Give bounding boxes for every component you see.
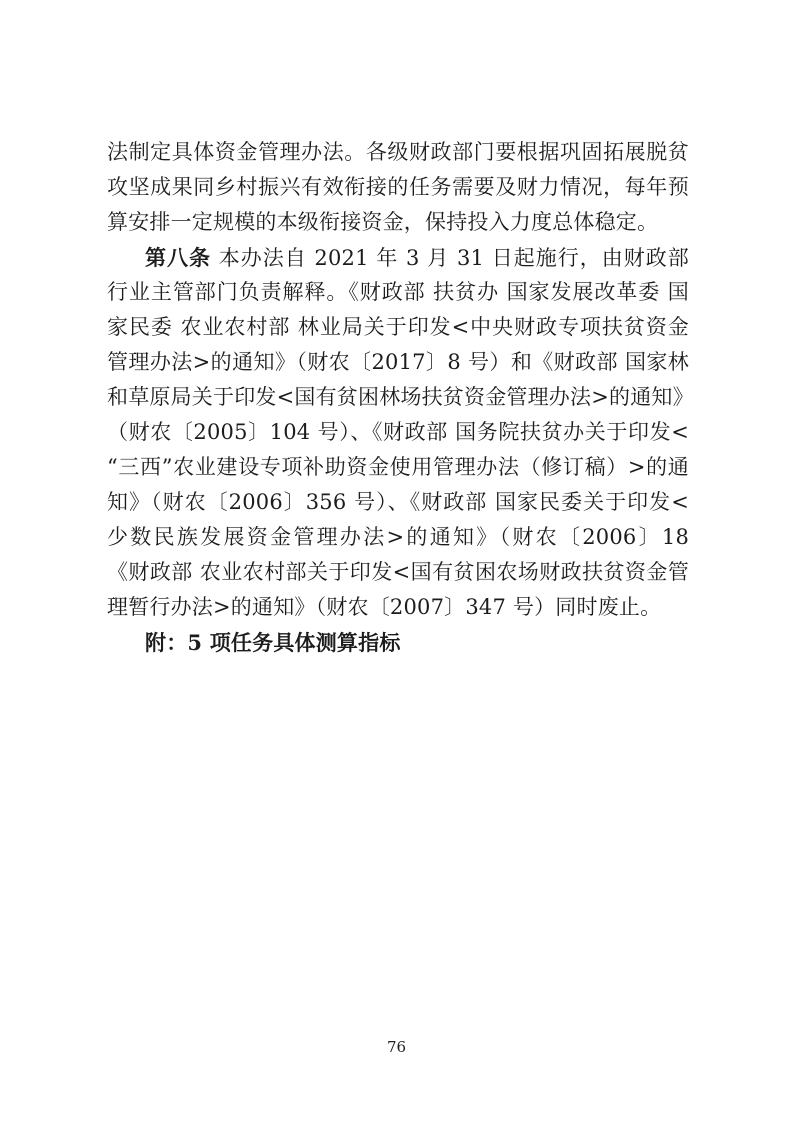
text-segment: “三西”农业建设专项补助资金使用管理办法（修订稿）>的通 bbox=[107, 455, 689, 479]
text-segment: 管理办法>的通知》（财农〔2017〕8 号）和《财政部 国家林业 bbox=[107, 350, 689, 380]
text-segment: 法制定具体资金管理办法。各级财政部门要根据巩固拓展脱贫 bbox=[107, 140, 689, 164]
text-line: 行业主管部门负责解释。《财政部 扶贫办 国家发展改革委 国 bbox=[107, 275, 689, 310]
text-line: 家民委 农业农村部 林业局关于印发<中央财政专项扶贫资金 bbox=[107, 310, 689, 345]
document-page: 法制定具体资金管理办法。各级财政部门要根据巩固拓展脱贫攻坚成果同乡村振兴有效衔接… bbox=[0, 0, 793, 1122]
page-number: 76 bbox=[0, 1037, 793, 1057]
text-line: 管理办法>的通知》（财农〔2017〕8 号）和《财政部 国家林业 bbox=[107, 345, 689, 380]
text-line: 算安排一定规模的本级衔接资金，保持投入力度总体稳定。 bbox=[107, 205, 689, 240]
text-line: “三西”农业建设专项补助资金使用管理办法（修订稿）>的通 bbox=[107, 450, 689, 485]
text-line: 攻坚成果同乡村振兴有效衔接的任务需要及财力情况，每年预 bbox=[107, 170, 689, 205]
bold-text-segment: 第八条 bbox=[145, 245, 211, 270]
text-line: 理暂行办法>的通知》（财农〔2007〕347 号）同时废止。 bbox=[107, 590, 689, 625]
paragraph-continuation: 法制定具体资金管理办法。各级财政部门要根据巩固拓展脱贫攻坚成果同乡村振兴有效衔接… bbox=[107, 135, 689, 240]
text-line: 知》（财农〔2006〕356 号）、《财政部 国家民委关于印发< bbox=[107, 485, 689, 520]
text-segment: 知》（财农〔2006〕356 号）、《财政部 国家民委关于印发< bbox=[107, 490, 689, 514]
text-segment: 理暂行办法>的通知》（财农〔2007〕347 号）同时废止。 bbox=[107, 595, 661, 619]
bold-text-segment: 附：5 项任务具体测算指标 bbox=[145, 630, 401, 655]
text-line: 第八条 本办法自 2021 年 3 月 31 日起施行，由财政部会同 bbox=[107, 240, 689, 275]
text-segment: （财农〔2005〕104 号）、《财政部 国务院扶贫办关于印发< bbox=[107, 420, 689, 444]
text-segment: 少数民族发展资金管理办法>的通知》（财农〔2006〕18 号）、 bbox=[107, 525, 689, 555]
paragraph-article-8: 第八条 本办法自 2021 年 3 月 31 日起施行，由财政部会同行业主管部门… bbox=[107, 240, 689, 625]
text-segment: 算安排一定规模的本级衔接资金，保持投入力度总体稳定。 bbox=[107, 210, 658, 234]
text-segment: 攻坚成果同乡村振兴有效衔接的任务需要及财力情况，每年预 bbox=[107, 175, 689, 199]
text-segment: 行业主管部门负责解释。《财政部 扶贫办 国家发展改革委 国 bbox=[107, 280, 689, 304]
text-segment: 家民委 农业农村部 林业局关于印发<中央财政专项扶贫资金 bbox=[107, 315, 689, 339]
document-body: 法制定具体资金管理办法。各级财政部门要根据巩固拓展脱贫攻坚成果同乡村振兴有效衔接… bbox=[107, 135, 689, 660]
text-line: 附：5 项任务具体测算指标 bbox=[107, 625, 689, 660]
paragraph-attachment-note: 附：5 项任务具体测算指标 bbox=[107, 625, 689, 660]
text-line: 法制定具体资金管理办法。各级财政部门要根据巩固拓展脱贫 bbox=[107, 135, 689, 170]
text-line: 少数民族发展资金管理办法>的通知》（财农〔2006〕18 号）、 bbox=[107, 520, 689, 555]
text-line: 《财政部 农业农村部关于印发<国有贫困农场财政扶贫资金管 bbox=[107, 555, 689, 590]
text-segment: 《财政部 农业农村部关于印发<国有贫困农场财政扶贫资金管 bbox=[107, 560, 689, 584]
text-line: （财农〔2005〕104 号）、《财政部 国务院扶贫办关于印发< bbox=[107, 415, 689, 450]
text-segment: 和草原局关于印发<国有贫困林场扶贫资金管理办法>的通知》 bbox=[107, 385, 689, 409]
text-line: 和草原局关于印发<国有贫困林场扶贫资金管理办法>的通知》 bbox=[107, 380, 689, 415]
